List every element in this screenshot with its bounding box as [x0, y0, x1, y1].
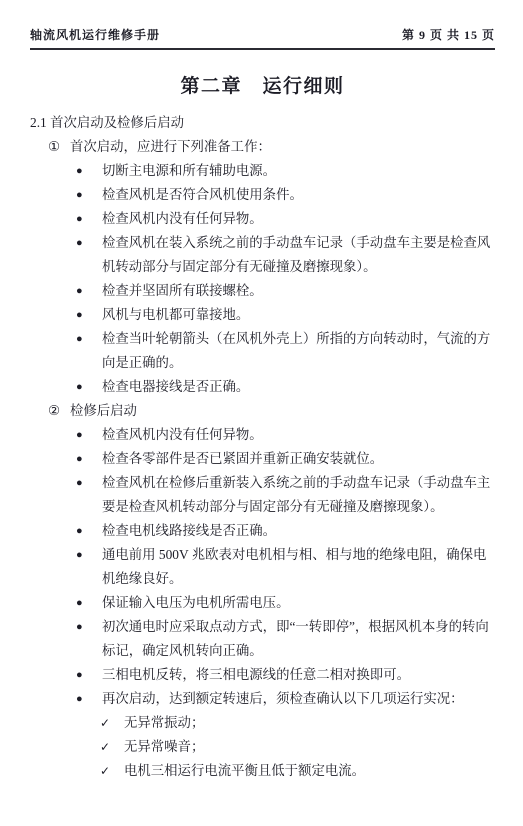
- list-item: ● 检查各零部件是否已紧固并重新正确安装就位。: [30, 447, 495, 471]
- list-item: ● 通电前用 500V 兆欧表对电机相与相、相与地的绝缘电阻，确保电机绝缘良好。: [30, 543, 495, 591]
- list-item-text: 检查电器接线是否正确。: [102, 375, 495, 399]
- list-item: ● 保证输入电压为电机所需电压。: [30, 591, 495, 615]
- list-item: ● 检查并坚固所有联接螺栓。: [30, 279, 495, 303]
- checkmark-icon: ✓: [100, 759, 124, 783]
- check-list-item-text: 无异常噪音；: [124, 735, 495, 759]
- list-item-text: 检查风机是否符合风机使用条件。: [102, 183, 495, 207]
- header-page-number: 第 9 页 共 15 页: [402, 26, 495, 43]
- bullet-icon: ●: [76, 183, 102, 207]
- checkmark-icon: ✓: [100, 711, 124, 735]
- list-item: ● 三相电机反转，将三相电源线的任意二相对换即可。: [30, 663, 495, 687]
- bullet-icon: ●: [76, 591, 102, 615]
- bullet-icon: ●: [76, 423, 102, 447]
- checkmark-icon: ✓: [100, 735, 124, 759]
- bullet-icon: ●: [76, 687, 102, 711]
- check-list-item: ✓ 无异常噪音；: [30, 735, 495, 759]
- list-item-text: 再次启动，达到额定转速后，须检查确认以下几项运行实况：: [102, 687, 495, 711]
- numbered-item-text: 检修后启动: [70, 399, 137, 423]
- list-item: ● 检查风机内没有任何异物。: [30, 423, 495, 447]
- check-list-item: ✓ 无异常振动；: [30, 711, 495, 735]
- list-item-text: 检查当叶轮朝箭头（在风机外壳上）所指的方向转动时，气流的方向是正确的。: [102, 327, 495, 375]
- bullet-icon: ●: [76, 327, 102, 375]
- list-item-text: 通电前用 500V 兆欧表对电机相与相、相与地的绝缘电阻，确保电机绝缘良好。: [102, 543, 495, 591]
- circled-number-icon: ①: [48, 135, 70, 159]
- check-list-item-text: 电机三相运行电流平衡且低于额定电流。: [124, 759, 495, 783]
- bullet-icon: ●: [76, 663, 102, 687]
- numbered-item: ② 检修后启动: [30, 399, 495, 423]
- list-item-text: 风机与电机都可靠接地。: [102, 303, 495, 327]
- page-header: 轴流风机运行维修手册 第 9 页 共 15 页: [30, 26, 495, 50]
- list-item: ● 切断主电源和所有辅助电源。: [30, 159, 495, 183]
- bullet-icon: ●: [76, 279, 102, 303]
- bullet-icon: ●: [76, 375, 102, 399]
- list-item-text: 检查风机在检修后重新装入系统之前的手动盘车记录（手动盘车主要是检查风机转动部分与…: [102, 471, 495, 519]
- list-item-text: 检查风机内没有任何异物。: [102, 207, 495, 231]
- check-list-item: ✓ 电机三相运行电流平衡且低于额定电流。: [30, 759, 495, 783]
- bullet-icon: ●: [76, 207, 102, 231]
- bullet-icon: ●: [76, 471, 102, 519]
- list-item-text: 检查风机在装入系统之前的手动盘车记录（手动盘车主要是检查风机转动部分与固定部分有…: [102, 231, 495, 279]
- list-item: ● 检查风机在装入系统之前的手动盘车记录（手动盘车主要是检查风机转动部分与固定部…: [30, 231, 495, 279]
- bullet-icon: ●: [76, 303, 102, 327]
- bullet-icon: ●: [76, 159, 102, 183]
- list-item: ● 检查电机线路接线是否正确。: [30, 519, 495, 543]
- list-item-text: 检查风机内没有任何异物。: [102, 423, 495, 447]
- bullet-icon: ●: [76, 615, 102, 663]
- list-item: ● 检查风机是否符合风机使用条件。: [30, 183, 495, 207]
- list-item-text: 检查电机线路接线是否正确。: [102, 519, 495, 543]
- list-item: ● 检查风机在检修后重新装入系统之前的手动盘车记录（手动盘车主要是检查风机转动部…: [30, 471, 495, 519]
- list-item: ● 检查风机内没有任何异物。: [30, 207, 495, 231]
- list-item-text: 检查并坚固所有联接螺栓。: [102, 279, 495, 303]
- list-item-text: 检查各零部件是否已紧固并重新正确安装就位。: [102, 447, 495, 471]
- bullet-icon: ●: [76, 519, 102, 543]
- numbered-item-text: 首次启动，应进行下列准备工作：: [70, 135, 271, 159]
- bullet-icon: ●: [76, 231, 102, 279]
- bullet-icon: ●: [76, 447, 102, 471]
- list-item-text: 切断主电源和所有辅助电源。: [102, 159, 495, 183]
- list-item: ● 检查当叶轮朝箭头（在风机外壳上）所指的方向转动时，气流的方向是正确的。: [30, 327, 495, 375]
- list-item-text: 三相电机反转，将三相电源线的任意二相对换即可。: [102, 663, 495, 687]
- header-manual-title: 轴流风机运行维修手册: [30, 26, 160, 43]
- list-item: ● 再次启动，达到额定转速后，须检查确认以下几项运行实况：: [30, 687, 495, 711]
- numbered-item: ① 首次启动，应进行下列准备工作：: [30, 135, 495, 159]
- section-heading: 2.1 首次启动及检修后启动: [30, 111, 495, 135]
- check-list-item-text: 无异常振动；: [124, 711, 495, 735]
- list-item: ● 风机与电机都可靠接地。: [30, 303, 495, 327]
- bullet-icon: ●: [76, 543, 102, 591]
- document-content: 2.1 首次启动及检修后启动 ① 首次启动，应进行下列准备工作： ● 切断主电源…: [30, 111, 495, 783]
- list-item: ● 初次通电时应采取点动方式，即“一转即停”，根据风机本身的转向标记，确定风机转…: [30, 615, 495, 663]
- list-item-text: 保证输入电压为电机所需电压。: [102, 591, 495, 615]
- list-item: ● 检查电器接线是否正确。: [30, 375, 495, 399]
- circled-number-icon: ②: [48, 399, 70, 423]
- chapter-title: 第二章 运行细则: [30, 71, 495, 98]
- document-page: 轴流风机运行维修手册 第 9 页 共 15 页 第二章 运行细则 2.1 首次启…: [0, 0, 523, 826]
- list-item-text: 初次通电时应采取点动方式，即“一转即停”，根据风机本身的转向标记，确定风机转向正…: [102, 615, 495, 663]
